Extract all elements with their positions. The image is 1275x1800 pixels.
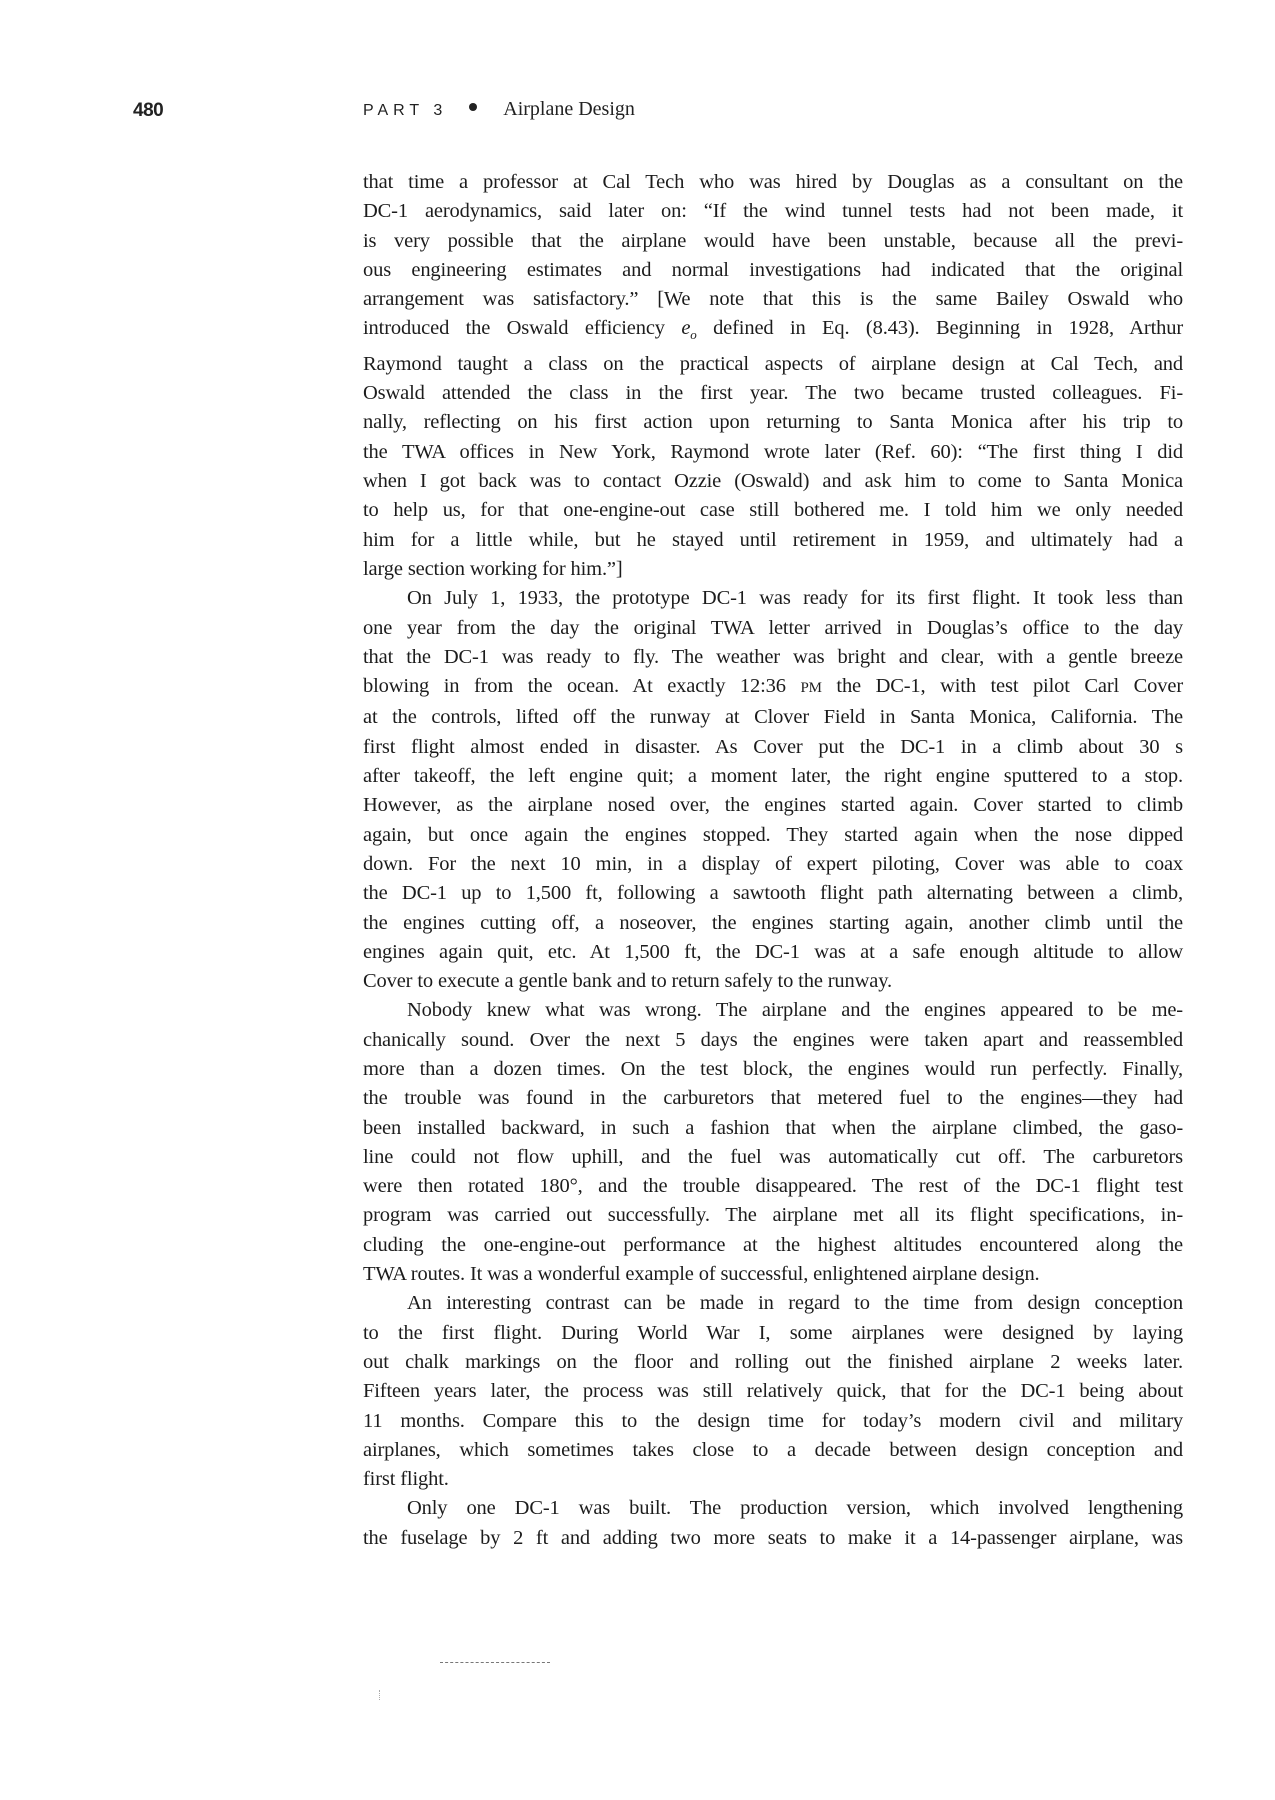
bullet-icon [469,103,477,111]
text-line: him for a little while, but he stayed un… [363,526,1183,555]
text-line: chanically sound. Over the next 5 days t… [363,1026,1183,1055]
running-head: PART 3 Airplane Design [363,98,635,121]
paragraph: On July 1, 1933, the prototype DC-1 was … [363,584,1183,996]
text-line: again, but once again the engines stoppe… [363,821,1183,850]
text-line: An interesting contrast can be made in r… [363,1289,1183,1318]
text-line: Cover to execute a gentle bank and to re… [363,967,1183,996]
page-number: 480 [133,100,163,122]
text-line: first flight almost ended in disaster. A… [363,733,1183,762]
text-line: at the controls, lifted off the runway a… [363,703,1183,732]
text-line: the fuselage by 2 ft and adding two more… [363,1524,1183,1553]
text-line: were then rotated 180°, and the trouble … [363,1172,1183,1201]
text-line: to the first flight. During World War I,… [363,1319,1183,1348]
text-line: that time a professor at Cal Tech who wa… [363,168,1183,197]
text-line: Raymond taught a class on the practical … [363,350,1183,379]
text-line: cluding the one-engine-out performance a… [363,1231,1183,1260]
text-line: Fifteen years later, the process was sti… [363,1377,1183,1406]
paragraph: An interesting contrast can be made in r… [363,1289,1183,1494]
text-line: arrangement was satisfactory.” [We note … [363,285,1183,314]
scan-speck [379,1690,384,1700]
text-line: blowing in from the ocean. At exactly 12… [363,672,1183,703]
text-line: line could not flow uphill, and the fuel… [363,1143,1183,1172]
text-line: On July 1, 1933, the prototype DC-1 was … [363,584,1183,613]
text-line: the trouble was found in the carburetors… [363,1084,1183,1113]
paragraph: that time a professor at Cal Tech who wa… [363,168,1183,584]
text-line: engines again quit, etc. At 1,500 ft, th… [363,938,1183,967]
text-line: been installed backward, in such a fashi… [363,1114,1183,1143]
text-line: one year from the day the original TWA l… [363,614,1183,643]
text-line: Nobody knew what was wrong. The airplane… [363,996,1183,1025]
text-line: down. For the next 10 min, in a display … [363,850,1183,879]
text-line: first flight. [363,1465,1183,1494]
section-title: Airplane Design [503,98,635,121]
paragraph: Only one DC-1 was built. The production … [363,1494,1183,1553]
text-line: Only one DC-1 was built. The production … [363,1494,1183,1523]
text-line: more than a dozen times. On the test blo… [363,1055,1183,1084]
text-line: is very possible that the airplane would… [363,227,1183,256]
text-line: nally, reflecting on his first action up… [363,408,1183,437]
text-line: TWA routes. It was a wonderful example o… [363,1260,1183,1289]
text-line: to help us, for that one-engine-out case… [363,496,1183,525]
text-line: the engines cutting off, a noseover, the… [363,909,1183,938]
text-line: the TWA offices in New York, Raymond wro… [363,438,1183,467]
text-line: when I got back was to contact Ozzie (Os… [363,467,1183,496]
footer-rule [440,1662,550,1663]
text-line: Oswald attended the class in the first y… [363,379,1183,408]
text-line: program was carried out successfully. Th… [363,1201,1183,1230]
part-label: PART 3 [363,102,447,120]
text-line: DC-1 aerodynamics, said later on: “If th… [363,197,1183,226]
text-line: out chalk markings on the floor and roll… [363,1348,1183,1377]
text-line: However, as the airplane nosed over, the… [363,791,1183,820]
text-line: airplanes, which sometimes takes close t… [363,1436,1183,1465]
body-text: that time a professor at Cal Tech who wa… [363,168,1183,1553]
text-line: that the DC-1 was ready to fly. The weat… [363,643,1183,672]
text-line: after takeoff, the left engine quit; a m… [363,762,1183,791]
text-line: the DC-1 up to 1,500 ft, following a saw… [363,879,1183,908]
text-line: introduced the Oswald efficiency eo defi… [363,314,1183,349]
paragraph: Nobody knew what was wrong. The airplane… [363,996,1183,1289]
text-line: ous engineering estimates and normal inv… [363,256,1183,285]
text-line: large section working for him.”] [363,555,1183,584]
text-line: 11 months. Compare this to the design ti… [363,1407,1183,1436]
